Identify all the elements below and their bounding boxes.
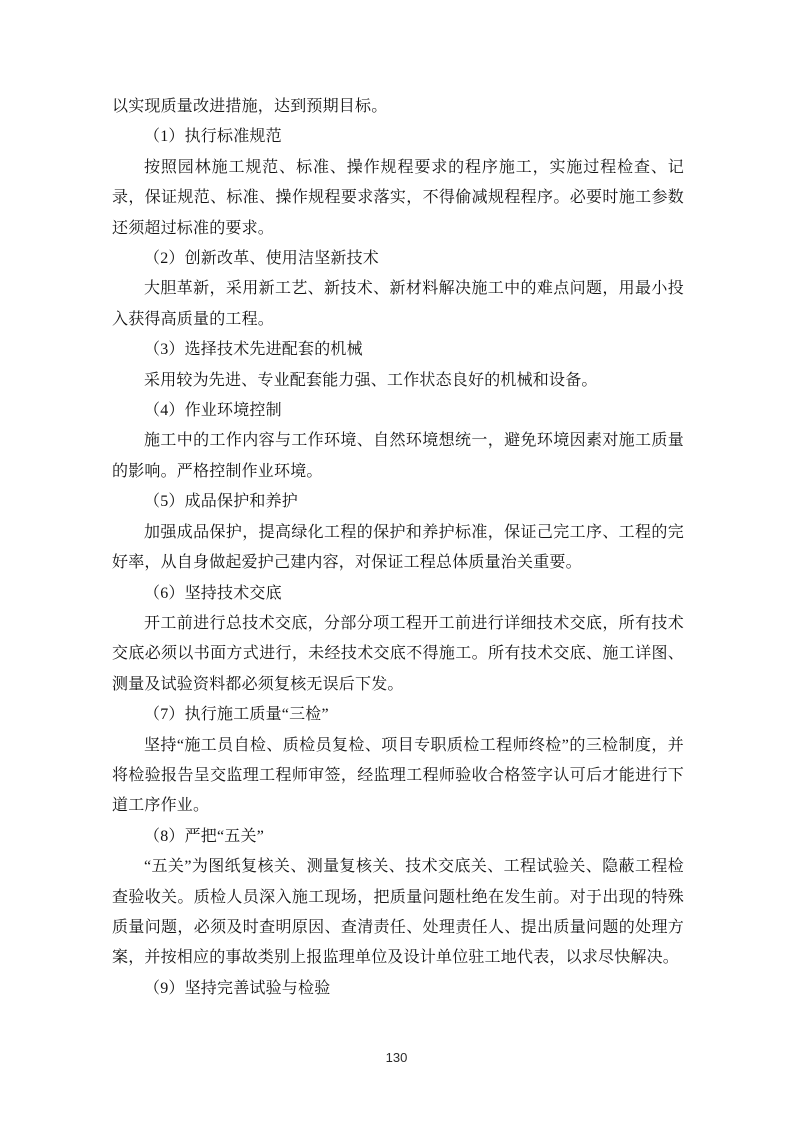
section-7-heading: （7）执行施工质量“三检” [112, 700, 684, 730]
section-4-heading: （4）作业环境控制 [112, 396, 684, 426]
section-6-heading: （6）坚持技术交底 [112, 579, 684, 609]
section-3-body: 采用较为先进、专业配套能力强、工作状态良好的机械和设备。 [112, 366, 684, 396]
section-1-body: 按照园林施工规范、标准、操作规程要求的程序施工，实施过程检查、记录，保证规范、标… [112, 153, 684, 244]
paragraph-intro-continuation: 以实现质量改进措施，达到预期目标。 [112, 92, 684, 122]
section-9-heading: （9）坚持完善试验与检验 [112, 974, 684, 1004]
page-number: 130 [386, 1050, 408, 1065]
section-2-heading: （2）创新改革、使用洁坚新技术 [112, 244, 684, 274]
document-body: 以实现质量改进措施，达到预期目标。 （1）执行标准规范 按照园林施工规范、标准、… [112, 92, 684, 1004]
section-7-body: 坚持“施工员自检、质检员复检、项目专职质检工程师终检”的三检制度，并将检验报告呈… [112, 731, 684, 822]
section-5-body: 加强成品保护，提高绿化工程的保护和养护标准，保证己完工序、工程的完好率，从自身做… [112, 518, 684, 579]
section-3-heading: （3）选择技术先进配套的机械 [112, 335, 684, 365]
section-2-body: 大胆革新，采用新工艺、新技术、新材料解决施工中的难点问题，用最小投入获得高质量的… [112, 274, 684, 335]
document-page: 以实现质量改进措施，达到预期目标。 （1）执行标准规范 按照园林施工规范、标准、… [0, 0, 793, 1122]
section-4-body: 施工中的工作内容与工作环境、自然环境想统一，避免环境因素对施工质量的影响。严格控… [112, 426, 684, 487]
section-8-body: “五关”为图纸复核关、测量复核关、技术交底关、工程试验关、隐蔽工程检查验收关。质… [112, 852, 684, 974]
section-1-heading: （1）执行标准规范 [112, 122, 684, 152]
section-5-heading: （5）成品保护和养护 [112, 487, 684, 517]
section-6-body: 开工前进行总技术交底，分部分项工程开工前进行详细技术交底，所有技术交底必须以书面… [112, 609, 684, 700]
section-8-heading: （8）严把“五关” [112, 822, 684, 852]
page-footer: 130 [0, 1049, 793, 1067]
